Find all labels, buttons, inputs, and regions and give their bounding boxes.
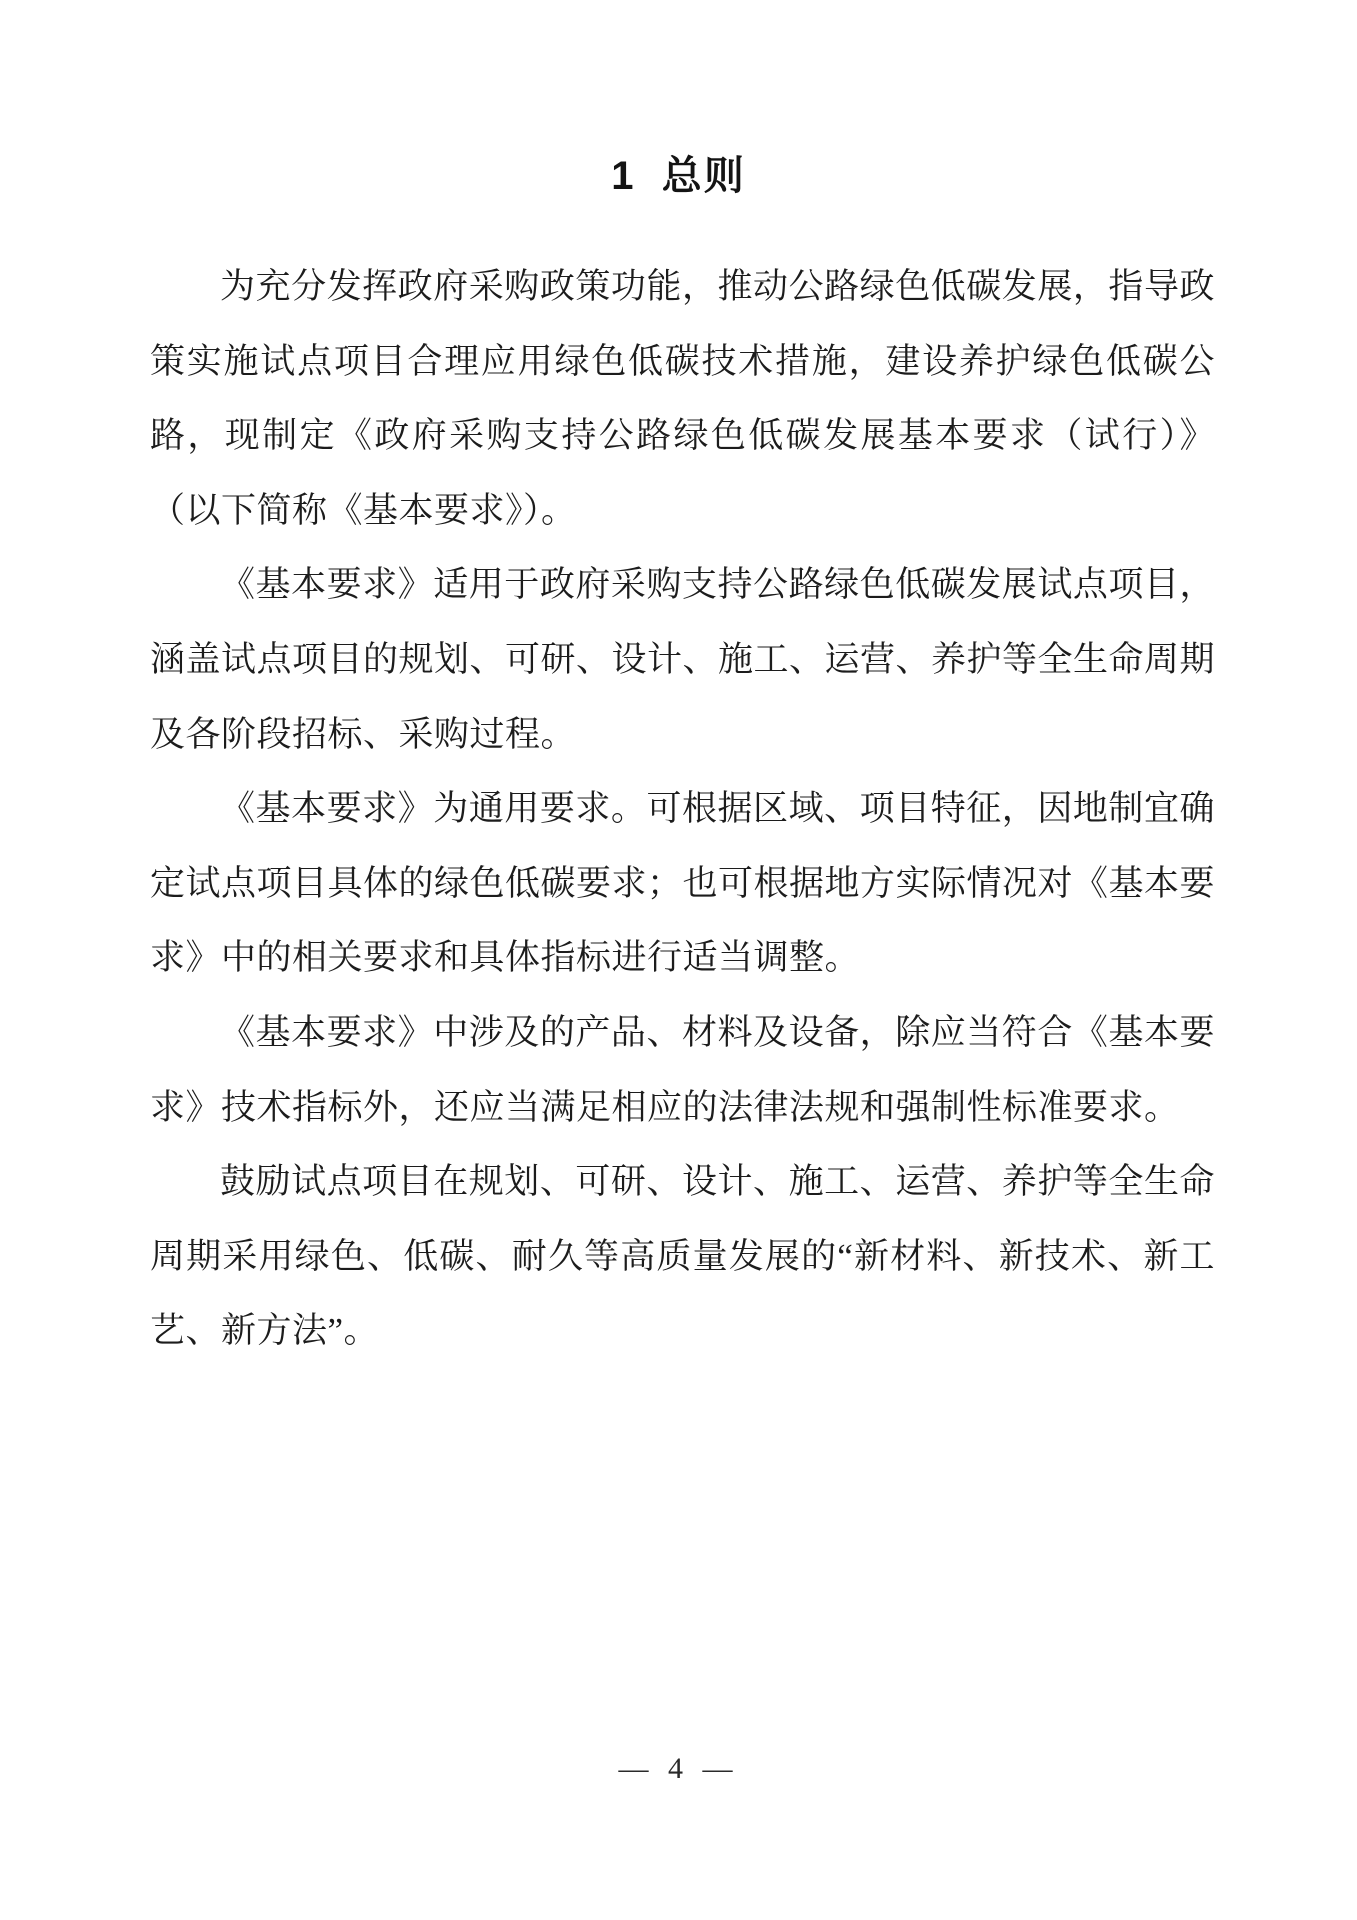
paragraph-3: 《基本要求》为通用要求。可根据区域、项目特征，因地制宜确定试点项目具体的绿色低碳… bbox=[150, 772, 1215, 996]
paragraph-4: 《基本要求》中涉及的产品、材料及设备，除应当符合《基本要求》技术指标外，还应当满… bbox=[150, 996, 1215, 1145]
page-title: 1 总则 bbox=[0, 0, 1357, 204]
paragraph-5: 鼓励试点项目在规划、可研、设计、施工、运营、养护等全生命周期采用绿色、低碳、耐久… bbox=[150, 1145, 1215, 1369]
document-body: 为充分发挥政府采购政策功能，推动公路绿色低碳发展，指导政策实施试点项目合理应用绿… bbox=[0, 250, 1357, 1369]
paragraph-2: 《基本要求》适用于政府采购支持公路绿色低碳发展试点项目，涵盖试点项目的规划、可研… bbox=[150, 548, 1215, 772]
document-page: 1 总则 为充分发挥政府采购政策功能，推动公路绿色低碳发展，指导政策实施试点项目… bbox=[0, 0, 1357, 1920]
page-footer: — 4 — bbox=[0, 1752, 1357, 1786]
paragraph-1: 为充分发挥政府采购政策功能，推动公路绿色低碳发展，指导政策实施试点项目合理应用绿… bbox=[150, 250, 1215, 548]
page-number: — 4 — bbox=[619, 1752, 739, 1785]
